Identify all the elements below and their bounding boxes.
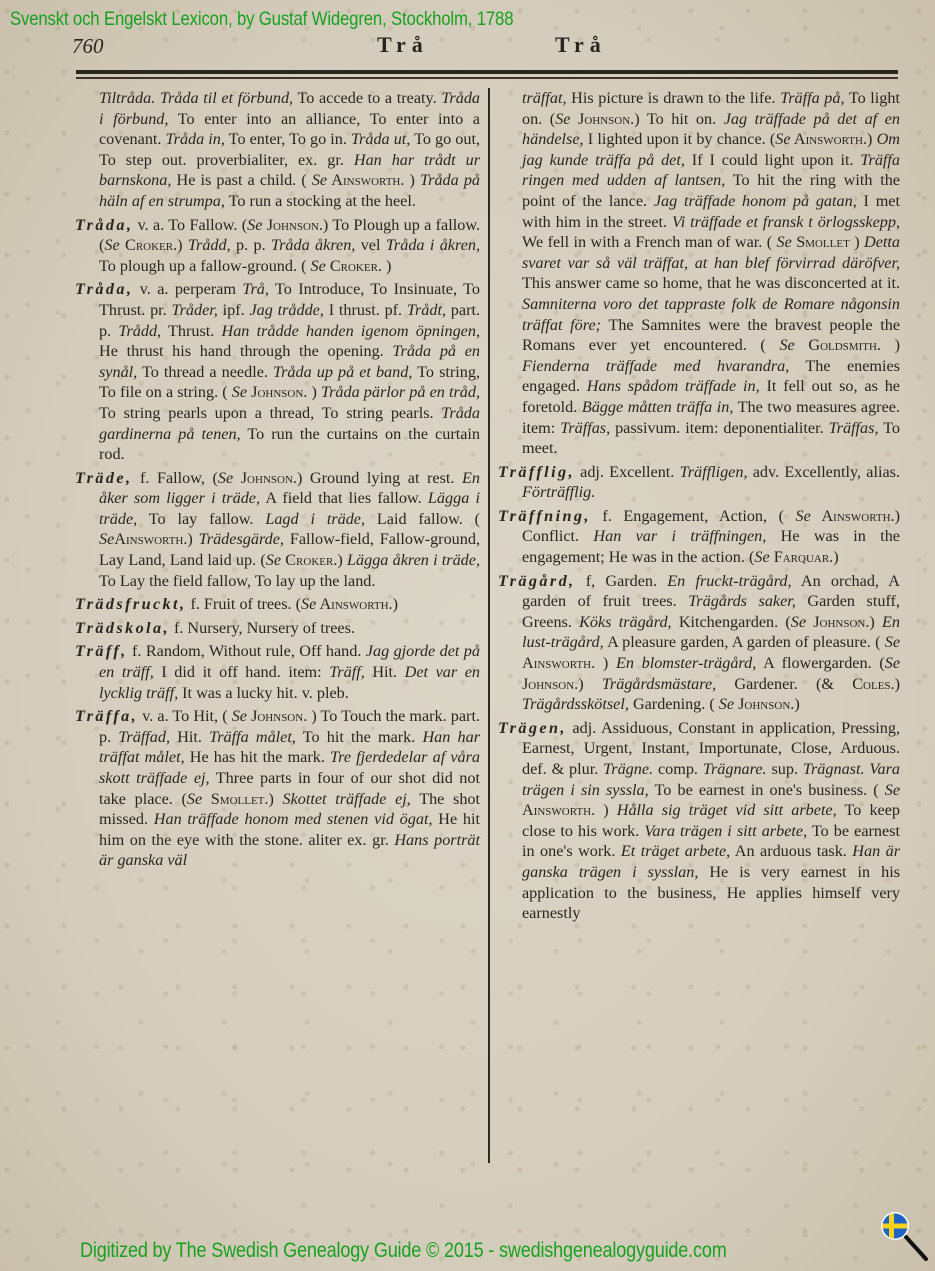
definition-text: An arduous task.	[730, 842, 852, 860]
entry-headword: Trädskola,	[75, 619, 170, 637]
swedish-text: Trådt,	[407, 301, 446, 319]
running-head-left: Trå	[377, 32, 429, 58]
source-reference: Croker.	[120, 236, 177, 254]
swedish-text: Se	[754, 548, 769, 566]
source-reference: Johnson.	[806, 613, 869, 631]
definition-text: To accede to a treaty.	[293, 89, 441, 107]
source-reference: Johnson.	[734, 695, 794, 713]
dictionary-entry: Trägård, f, Garden. En fruckt-trägård, A…	[498, 571, 900, 715]
dictionary-entry: Träffning, f. Engagement, Action, ( Se A…	[498, 506, 900, 568]
swedish-text: Se	[312, 171, 327, 189]
source-reference: Smollet.	[202, 790, 268, 808]
swedish-flag-magnifier-icon	[880, 1213, 910, 1243]
swedish-text: Han var i träffningen,	[593, 527, 766, 545]
swedish-text: Trådd,	[118, 322, 161, 340]
source-reference: Ainsworth.	[114, 530, 187, 548]
swedish-text: Trägnare.	[703, 760, 767, 778]
swedish-text: Lägga åkren i träde,	[347, 551, 480, 569]
definition-text: I did it off hand. item:	[154, 663, 329, 681]
swedish-text: Tråda i åkren,	[386, 236, 480, 254]
definition-text: f. Engagement, Action, (	[591, 507, 796, 525]
definition-text: )	[595, 654, 616, 672]
source-reference: Coles.	[834, 675, 895, 693]
definition-text: f, Garden.	[576, 572, 668, 590]
source-reference: Johnson.	[262, 216, 323, 234]
definition-text: To plough up a fallow-ground. (	[99, 257, 311, 275]
swedish-text: Trägårdsmästare,	[602, 675, 716, 693]
definition-text: To enter, To go in.	[225, 130, 351, 148]
swedish-text: Trädesgärde,	[199, 530, 284, 548]
entry-headword: Tråda,	[75, 216, 133, 234]
swedish-text: En blomster-trägård,	[616, 654, 756, 672]
definition-text: If I could light upon it.	[685, 151, 861, 169]
definition-text: comp.	[653, 760, 703, 778]
swedish-text: Tiltråda. Tråda til et förbund,	[99, 89, 293, 107]
dictionary-entry: Tråda, v. a. perperam Trå, To Introduce,…	[75, 279, 480, 464]
definition-text: A field that lies fallow.	[260, 489, 428, 507]
swedish-text: Se	[187, 790, 202, 808]
entry-continuation: träffat, His picture is drawn to the lif…	[498, 88, 900, 459]
definition-text: )	[382, 257, 391, 275]
swedish-text: Se	[885, 654, 900, 672]
dictionary-entry: Träde, f. Fallow, (Se Johnson.) Ground l…	[75, 468, 480, 592]
definition-text: ) Ground lying at rest.	[297, 469, 462, 487]
dictionary-entry: Träff, f. Random, Without rule, Off hand…	[75, 641, 480, 703]
definition-text: f. Random, Without rule, Off hand.	[128, 642, 366, 660]
entry-continuation: Tiltråda. Tråda til et förbund, To acced…	[75, 88, 480, 212]
swedish-text: Se	[301, 595, 316, 613]
entry-headword: Trägen,	[498, 719, 567, 737]
source-reference: Ainsworth.	[791, 130, 867, 148]
entry-headword: Trägård,	[498, 572, 576, 590]
swedish-text: Träffa på,	[780, 89, 844, 107]
definition-text: )	[337, 551, 347, 569]
source-reference: Ainsworth.	[327, 171, 404, 189]
swedish-text: Tråda åkren,	[271, 236, 355, 254]
definition-text: )	[867, 130, 877, 148]
swedish-text: Hålla sig träget vid sitt arbete,	[617, 801, 837, 819]
swedish-text: Se	[218, 469, 233, 487]
swedish-text: Se	[791, 613, 806, 631]
swedish-text: Se	[779, 336, 794, 354]
definition-text: It was a lucky hit. v. pleb.	[178, 684, 349, 702]
definition-text: )	[794, 695, 799, 713]
definition-text: )	[595, 801, 617, 819]
definition-text: v. a. perperam	[133, 280, 242, 298]
definition-text: Gardening. (	[629, 695, 719, 713]
definition-text: A pleasure garden, A garden of pleasure.…	[604, 633, 885, 651]
swedish-text: Tråda up på et band,	[273, 363, 412, 381]
source-reference: Johnson.	[570, 110, 634, 128]
definition-text: To be earnest in one's business. (	[649, 781, 885, 799]
definition-text: )	[307, 383, 321, 401]
definition-text: v. a. To Hit, (	[138, 707, 232, 725]
source-reference: Ainsworth.	[811, 507, 895, 525]
source-reference: Smollet	[792, 233, 850, 251]
dictionary-entry: Träffa, v. a. To Hit, ( Se Johnson. ) To…	[75, 706, 480, 871]
swedish-text: Se	[775, 130, 790, 148]
definition-text: He has hit the mark.	[185, 748, 330, 766]
swedish-text: Träffas,	[829, 419, 879, 437]
swedish-text: Trägnast.	[803, 760, 865, 778]
swedish-text: Vi träffade et fransk t örlogsskepp,	[672, 213, 900, 231]
swedish-text: Tråda in,	[166, 130, 225, 148]
definition-text: Hit.	[170, 728, 209, 746]
definition-text: I thrust. pf.	[324, 301, 407, 319]
definition-text: Gardener. (&	[716, 675, 834, 693]
swedish-text: Köks trägård,	[579, 613, 672, 631]
swedish-text: Förträfflig.	[522, 483, 595, 501]
definition-text: To thread a needle.	[137, 363, 273, 381]
entry-headword: Träfflig,	[498, 463, 575, 481]
swedish-text: Hans spådom träffade in,	[587, 377, 760, 395]
column-divider	[488, 88, 490, 1163]
source-reference: Johnson.	[247, 707, 307, 725]
source-reference: Johnson.	[522, 675, 578, 693]
definition-text: To run a stocking at the heel.	[225, 192, 416, 210]
definition-text: I lighted upon it by chance. (	[584, 130, 776, 148]
source-reference: Croker.	[281, 551, 337, 569]
definition-text: passivum. item: deponentialiter.	[610, 419, 828, 437]
swedish-text: Fienderna träffade med hvarandra,	[522, 357, 789, 375]
swedish-text: Han trådde handen igenom öpningen,	[222, 322, 481, 340]
definition-text: f. Nursery, Nursery of trees.	[170, 619, 355, 637]
swedish-text: Träffas,	[560, 419, 610, 437]
definition-text: )	[578, 675, 602, 693]
swedish-text: Et träget arbete,	[621, 842, 730, 860]
definition-text: )	[393, 595, 398, 613]
swedish-text: Trägårdsskötsel,	[522, 695, 629, 713]
definition-text: )	[869, 613, 882, 631]
definition-text: )	[177, 236, 188, 254]
source-reference: Ainsworth.	[522, 801, 595, 819]
swedish-text: Träffa målet,	[209, 728, 296, 746]
header-rule	[76, 70, 898, 74]
swedish-text: Se	[99, 530, 114, 548]
definition-text: p. p.	[231, 236, 271, 254]
definition-text: f. Fruit of trees. (	[186, 595, 301, 613]
definition-text: )	[268, 790, 282, 808]
swedish-text: Jag träffade honom på gatan,	[654, 192, 857, 210]
page-number: 760	[72, 34, 104, 59]
definition-text: Laid fallow. (	[365, 510, 480, 528]
swedish-text: Se	[719, 695, 734, 713]
definition-text: We fell in with a French man of war. (	[522, 233, 777, 251]
source-reference: Johnson.	[233, 469, 297, 487]
dictionary-entry: Träfflig, adj. Excellent. Träffligen, ad…	[498, 462, 900, 503]
dictionary-column-right: träffat, His picture is drawn to the lif…	[498, 88, 900, 927]
swedish-text: Se	[796, 507, 811, 525]
swedish-text: Se	[885, 633, 900, 651]
swedish-text: Skottet träffade ej,	[283, 790, 411, 808]
swedish-text: Vara trägen i sitt arbete,	[644, 822, 807, 840]
definition-text: )	[850, 233, 864, 251]
definition-text: Thrust.	[161, 322, 221, 340]
swedish-text: Lagd i träde,	[265, 510, 365, 528]
definition-text: vel	[355, 236, 385, 254]
source-reference: Farquar.	[770, 548, 834, 566]
swedish-text: Tråder,	[172, 301, 218, 319]
entry-headword: Tråda,	[75, 280, 133, 298]
running-head-right: Trå	[555, 32, 607, 58]
definition-text: A flowergarden. (	[756, 654, 884, 672]
definition-text: )	[187, 530, 198, 548]
swedish-text: Se	[232, 707, 247, 725]
source-reference: Ainsworth.	[522, 654, 595, 672]
swedish-text: Träffad,	[118, 728, 170, 746]
header-rule-thin	[76, 77, 898, 79]
dictionary-entry: Tråda, v. a. To Fallow. (Se Johnson.) To…	[75, 215, 480, 277]
swedish-text: Trägne.	[603, 760, 653, 778]
definition-text: He thrust his hand through the opening.	[99, 342, 392, 360]
dictionary-entry: Trägen, adj. Assiduous, Constant in appl…	[498, 718, 900, 924]
definition-text: )	[404, 171, 420, 189]
swedish-text: Trägårds saker,	[688, 592, 796, 610]
source-reference: Ainsworth.	[316, 595, 392, 613]
source-reference: Goldsmith.	[795, 336, 881, 354]
watermark-credit: Digitized by The Swedish Genealogy Guide…	[80, 1239, 727, 1263]
swedish-text: Träffligen,	[680, 463, 748, 481]
definition-text: adv. Excellently, alias.	[748, 463, 900, 481]
source-reference: Croker.	[326, 257, 382, 275]
swedish-text: Se	[247, 216, 262, 234]
definition-text: )	[833, 548, 838, 566]
swedish-text: Träff,	[329, 663, 365, 681]
entry-headword: Träffa,	[75, 707, 138, 725]
dictionary-entry: Trädsfruckt, f. Fruit of trees. (Se Ains…	[75, 594, 480, 615]
swedish-text: Tråda pärlor på en tråd,	[321, 383, 480, 401]
definition-text: His picture is drawn to the life.	[567, 89, 781, 107]
entry-headword: Träff,	[75, 642, 128, 660]
swedish-text: Tråda ut,	[351, 130, 410, 148]
definition-text: sup.	[767, 760, 803, 778]
definition-text: To Lay the field fallow, To lay up the l…	[99, 572, 375, 590]
swedish-text: Han träffade honom med stenen vid ögat,	[154, 810, 433, 828]
swedish-text: Bägge måtten träffa in,	[582, 398, 734, 416]
definition-text: )	[881, 336, 900, 354]
watermark-title: Svenskt och Engelskt Lexicon, by Gustaf …	[10, 8, 513, 31]
definition-text: To lay fallow.	[137, 510, 265, 528]
definition-text: ipf.	[218, 301, 250, 319]
source-reference: Johnson.	[247, 383, 307, 401]
definition-text: Kitchengarden. (	[672, 613, 791, 631]
swedish-text: Se	[555, 110, 570, 128]
definition-text: To string pearls upon a thread, To strin…	[99, 404, 441, 422]
dictionary-entry: Trädskola, f. Nursery, Nursery of trees.	[75, 618, 480, 639]
swedish-text: Trådd,	[188, 236, 231, 254]
dictionary-column-left: Tiltråda. Tråda til et förbund, To acced…	[75, 88, 480, 874]
definition-text: Hit.	[365, 663, 405, 681]
swedish-text: Jag trådde,	[249, 301, 323, 319]
swedish-text: En fruckt-trägård,	[667, 572, 791, 590]
definition-text: This answer came so home, that he was di…	[522, 274, 900, 292]
definition-text: He is past a child. (	[171, 171, 311, 189]
definition-text: v. a. To Fallow. (	[133, 216, 247, 234]
swedish-text: Se	[232, 383, 247, 401]
swedish-text: Se	[311, 257, 326, 275]
entry-headword: Träde,	[75, 469, 132, 487]
swedish-text: Se	[777, 233, 792, 251]
swedish-text: Trå,	[242, 280, 269, 298]
definition-text: )	[895, 675, 900, 693]
swedish-text: Se	[885, 781, 900, 799]
entry-headword: Träffning,	[498, 507, 591, 525]
definition-text: adj. Excellent.	[575, 463, 680, 481]
swedish-text: Se	[266, 551, 281, 569]
swedish-text: träffat,	[522, 89, 567, 107]
definition-text: ) To hit on.	[634, 110, 724, 128]
swedish-text: Se	[104, 236, 119, 254]
entry-headword: Trädsfruckt,	[75, 595, 186, 613]
definition-text: To hit the mark.	[296, 728, 423, 746]
definition-text: f. Fallow, (	[132, 469, 218, 487]
